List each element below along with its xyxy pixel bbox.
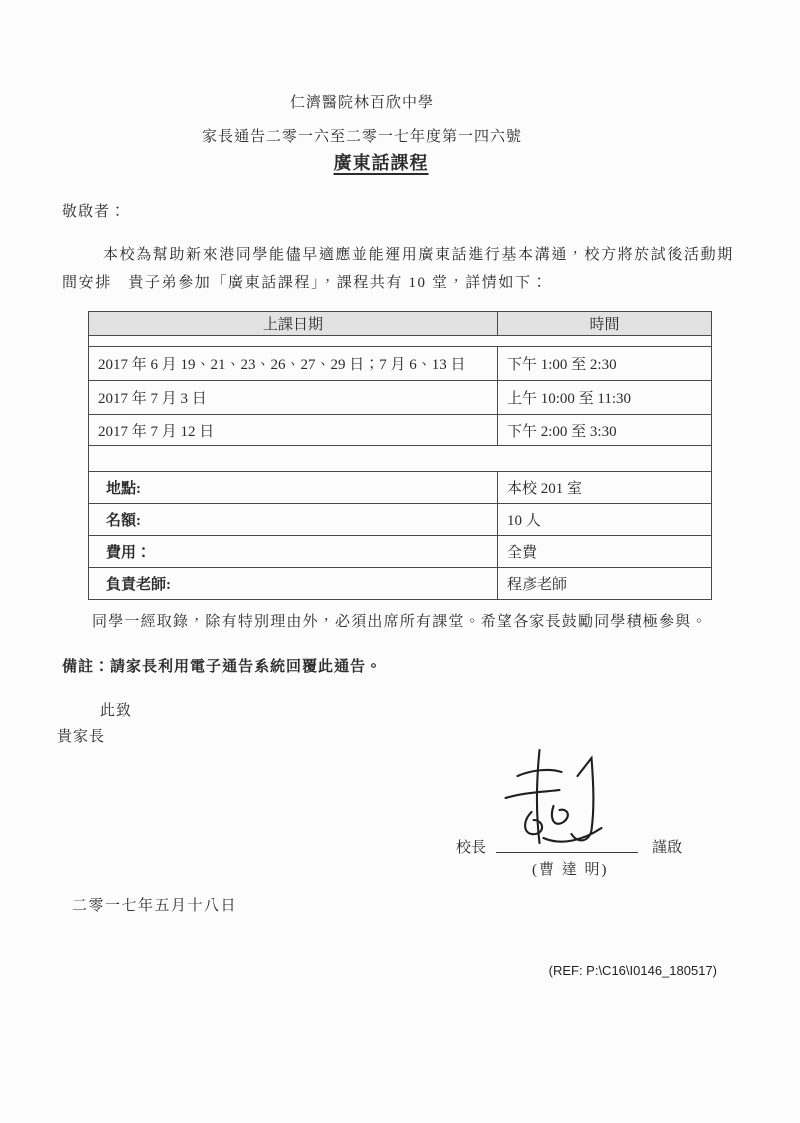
table-header-row: 上課日期 時間	[89, 312, 711, 336]
table-row: 費用： 全費	[89, 536, 711, 568]
row-date-cell: 2017 年 7 月 12 日	[89, 415, 497, 445]
closing-cizhi: 此致	[100, 699, 132, 720]
info-value: 全費	[497, 536, 711, 567]
row-time-cell: 上午 10:00 至 11:30	[497, 381, 711, 414]
table-header-time: 時間	[497, 312, 711, 335]
table-header-gap	[89, 336, 711, 347]
remark: 備註：請家長利用電子通告系統回覆此通告。	[62, 655, 382, 676]
table-row: 2017 年 6 月 19、21、23、26、27、29 日；7 月 6、13 …	[89, 347, 711, 381]
respectfully-label: 謹啟	[652, 836, 682, 857]
salutation: 敬啟者：	[62, 200, 126, 221]
info-value: 程彥老師	[497, 568, 711, 599]
principal-signature-icon	[497, 746, 623, 854]
intro-line-2: 間安排 貴子弟參加「廣東話課程」，課程共有 10 堂，詳情如下：	[62, 271, 548, 292]
row-time-cell: 下午 1:00 至 2:30	[497, 347, 711, 380]
notice-date: 二零一七年五月十八日	[72, 894, 237, 915]
reference-code: (REF: P:\C16\I0146_180517)	[549, 963, 717, 978]
info-label: 負責老師:	[89, 568, 497, 599]
table-header-date: 上課日期	[89, 312, 497, 335]
info-label: 地點:	[89, 472, 497, 503]
intro-line-1: 本校為幫助新來港同學能儘早適應並能運用廣東話進行基本溝通，校方將於試後活動期	[103, 243, 734, 264]
row-time-cell: 下午 2:00 至 3:30	[497, 415, 711, 445]
school-name: 仁濟醫院林百欣中學	[0, 91, 724, 112]
notice-number: 家長通告二零一六至二零一七年度第一四六號	[0, 125, 724, 146]
subject-title: 廣東話課程	[0, 149, 762, 175]
row-date-cell: 2017 年 7 月 3 日	[89, 381, 497, 414]
info-value: 本校 201 室	[497, 472, 711, 503]
closing-recipient: 貴家長	[57, 725, 105, 746]
row-date-cell: 2017 年 6 月 19、21、23、26、27、29 日；7 月 6、13 …	[89, 347, 497, 380]
info-label: 名額:	[89, 504, 497, 535]
table-row: 2017 年 7 月 3 日 上午 10:00 至 11:30	[89, 381, 711, 415]
table-spacer-row	[89, 446, 711, 472]
notice-page: 仁濟醫院林百欣中學 家長通告二零一六至二零一七年度第一四六號 廣東話課程 敬啟者…	[0, 0, 800, 1123]
table-row: 2017 年 7 月 12 日 下午 2:00 至 3:30	[89, 415, 711, 446]
table-row: 地點: 本校 201 室	[89, 472, 711, 504]
attendance-note: 同學一經取錄，除有特別理由外，必須出席所有課堂。希望各家長鼓勵同學積極參與。	[92, 610, 708, 631]
course-table: 上課日期 時間 2017 年 6 月 19、21、23、26、27、29 日；7…	[88, 311, 712, 600]
signature-line	[496, 852, 638, 853]
info-label: 費用：	[89, 536, 497, 567]
principal-name: (曹 達 明)	[532, 858, 609, 879]
principal-label: 校長	[456, 836, 486, 857]
table-row: 負責老師: 程彥老師	[89, 568, 711, 599]
table-row: 名額: 10 人	[89, 504, 711, 536]
info-value: 10 人	[497, 504, 711, 535]
